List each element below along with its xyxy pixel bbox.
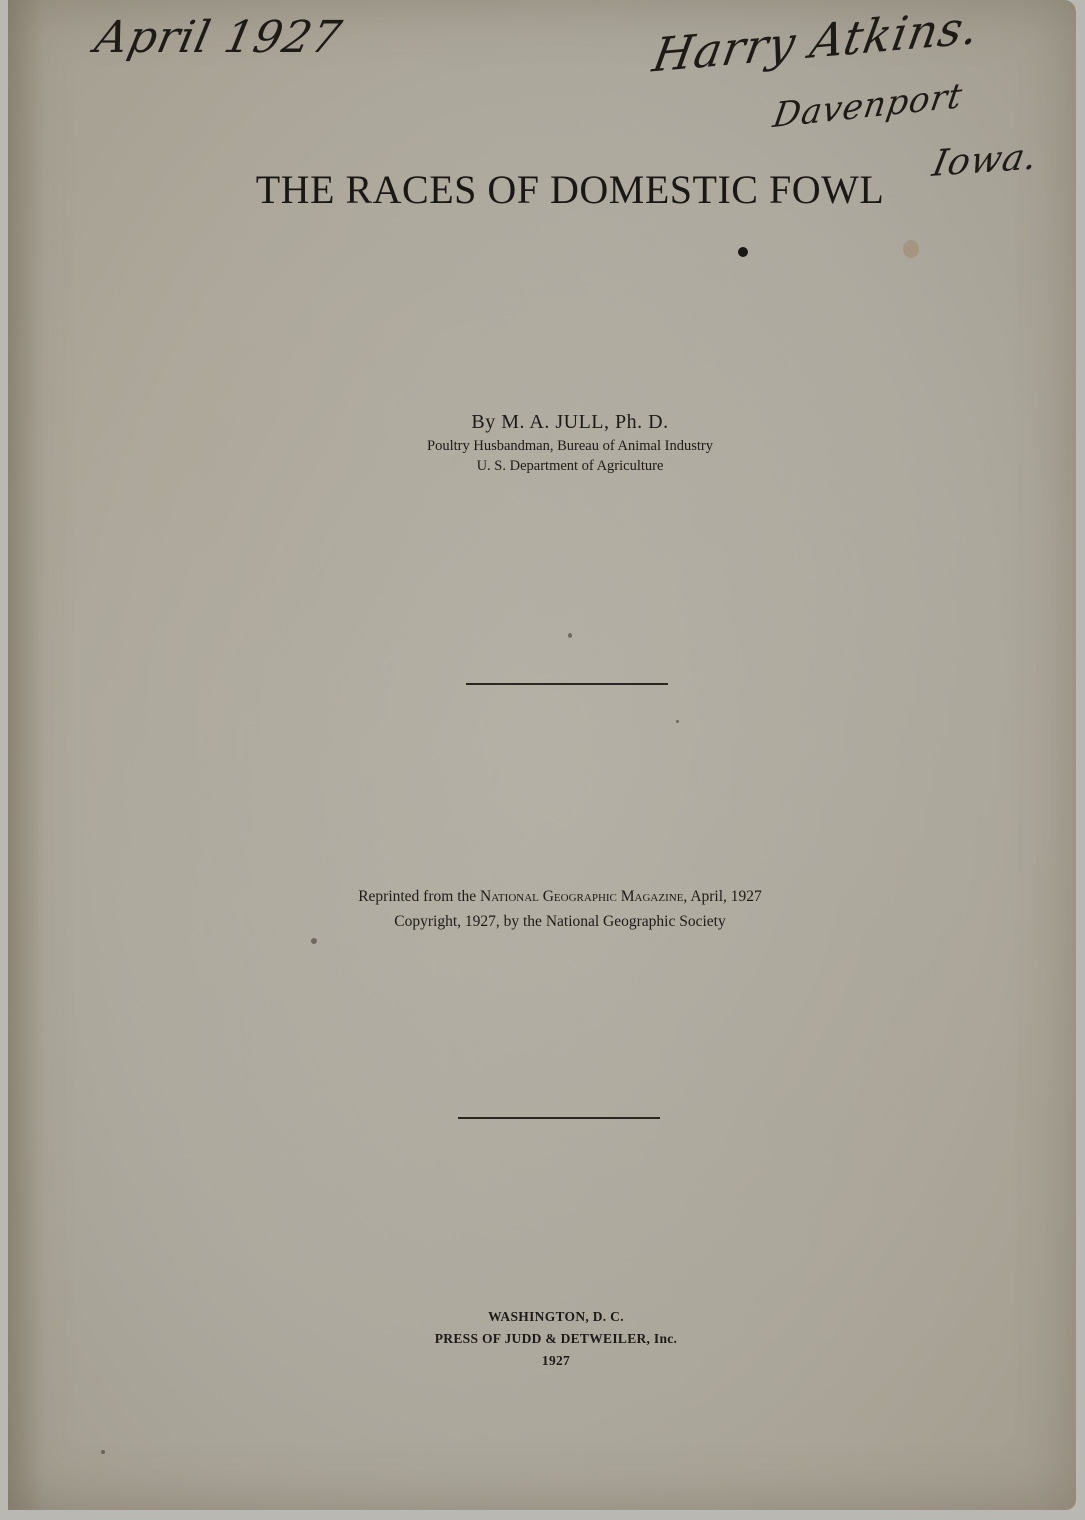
author-block: By M. A. JULL, Ph. D. Poultry Husbandman… — [8, 408, 1085, 476]
divider-rule — [458, 1117, 660, 1119]
page-edge-shadow — [8, 0, 44, 1510]
author-position: Poultry Husbandman, Bureau of Animal Ind… — [8, 436, 1085, 456]
author-byline: By M. A. JULL, Ph. D. — [8, 408, 1085, 436]
imprint-press: PRESS OF JUDD & DETWEILER, Inc. — [8, 1328, 1085, 1350]
handwritten-owner-city: Davenport — [770, 76, 965, 137]
reprint-prefix: Reprinted from the — [358, 888, 480, 905]
paper-speck — [311, 938, 317, 944]
ornament-dot — [738, 247, 748, 257]
document-cover: April 1927 Harry Atkins. Davenport Iowa.… — [8, 0, 1076, 1510]
handwritten-owner-name: Harry Atkins. — [649, 0, 984, 83]
author-department: U. S. Department of Agriculture — [8, 456, 1085, 476]
reprint-source-line: Reprinted from the National Geographic M… — [8, 884, 1085, 909]
divider-rule — [466, 683, 668, 685]
paper-speck — [676, 720, 679, 723]
document-title: THE RACES OF DOMESTIC FOWL — [8, 166, 1085, 213]
reprint-publication: National Geographic Magazine — [480, 888, 683, 905]
imprint-block: WASHINGTON, D. C. PRESS OF JUDD & DETWEI… — [8, 1306, 1085, 1372]
paper-speck — [101, 1450, 105, 1454]
paper-stain — [903, 240, 919, 258]
paper-speck — [568, 633, 572, 638]
imprint-city: WASHINGTON, D. C. — [8, 1306, 1085, 1328]
imprint-year: 1927 — [8, 1350, 1085, 1372]
reprint-suffix: , April, 1927 — [683, 888, 761, 905]
copyright-line: Copyright, 1927, by the National Geograp… — [8, 909, 1085, 934]
handwritten-date: April 1927 — [91, 12, 347, 63]
reprint-notice: Reprinted from the National Geographic M… — [8, 884, 1085, 934]
